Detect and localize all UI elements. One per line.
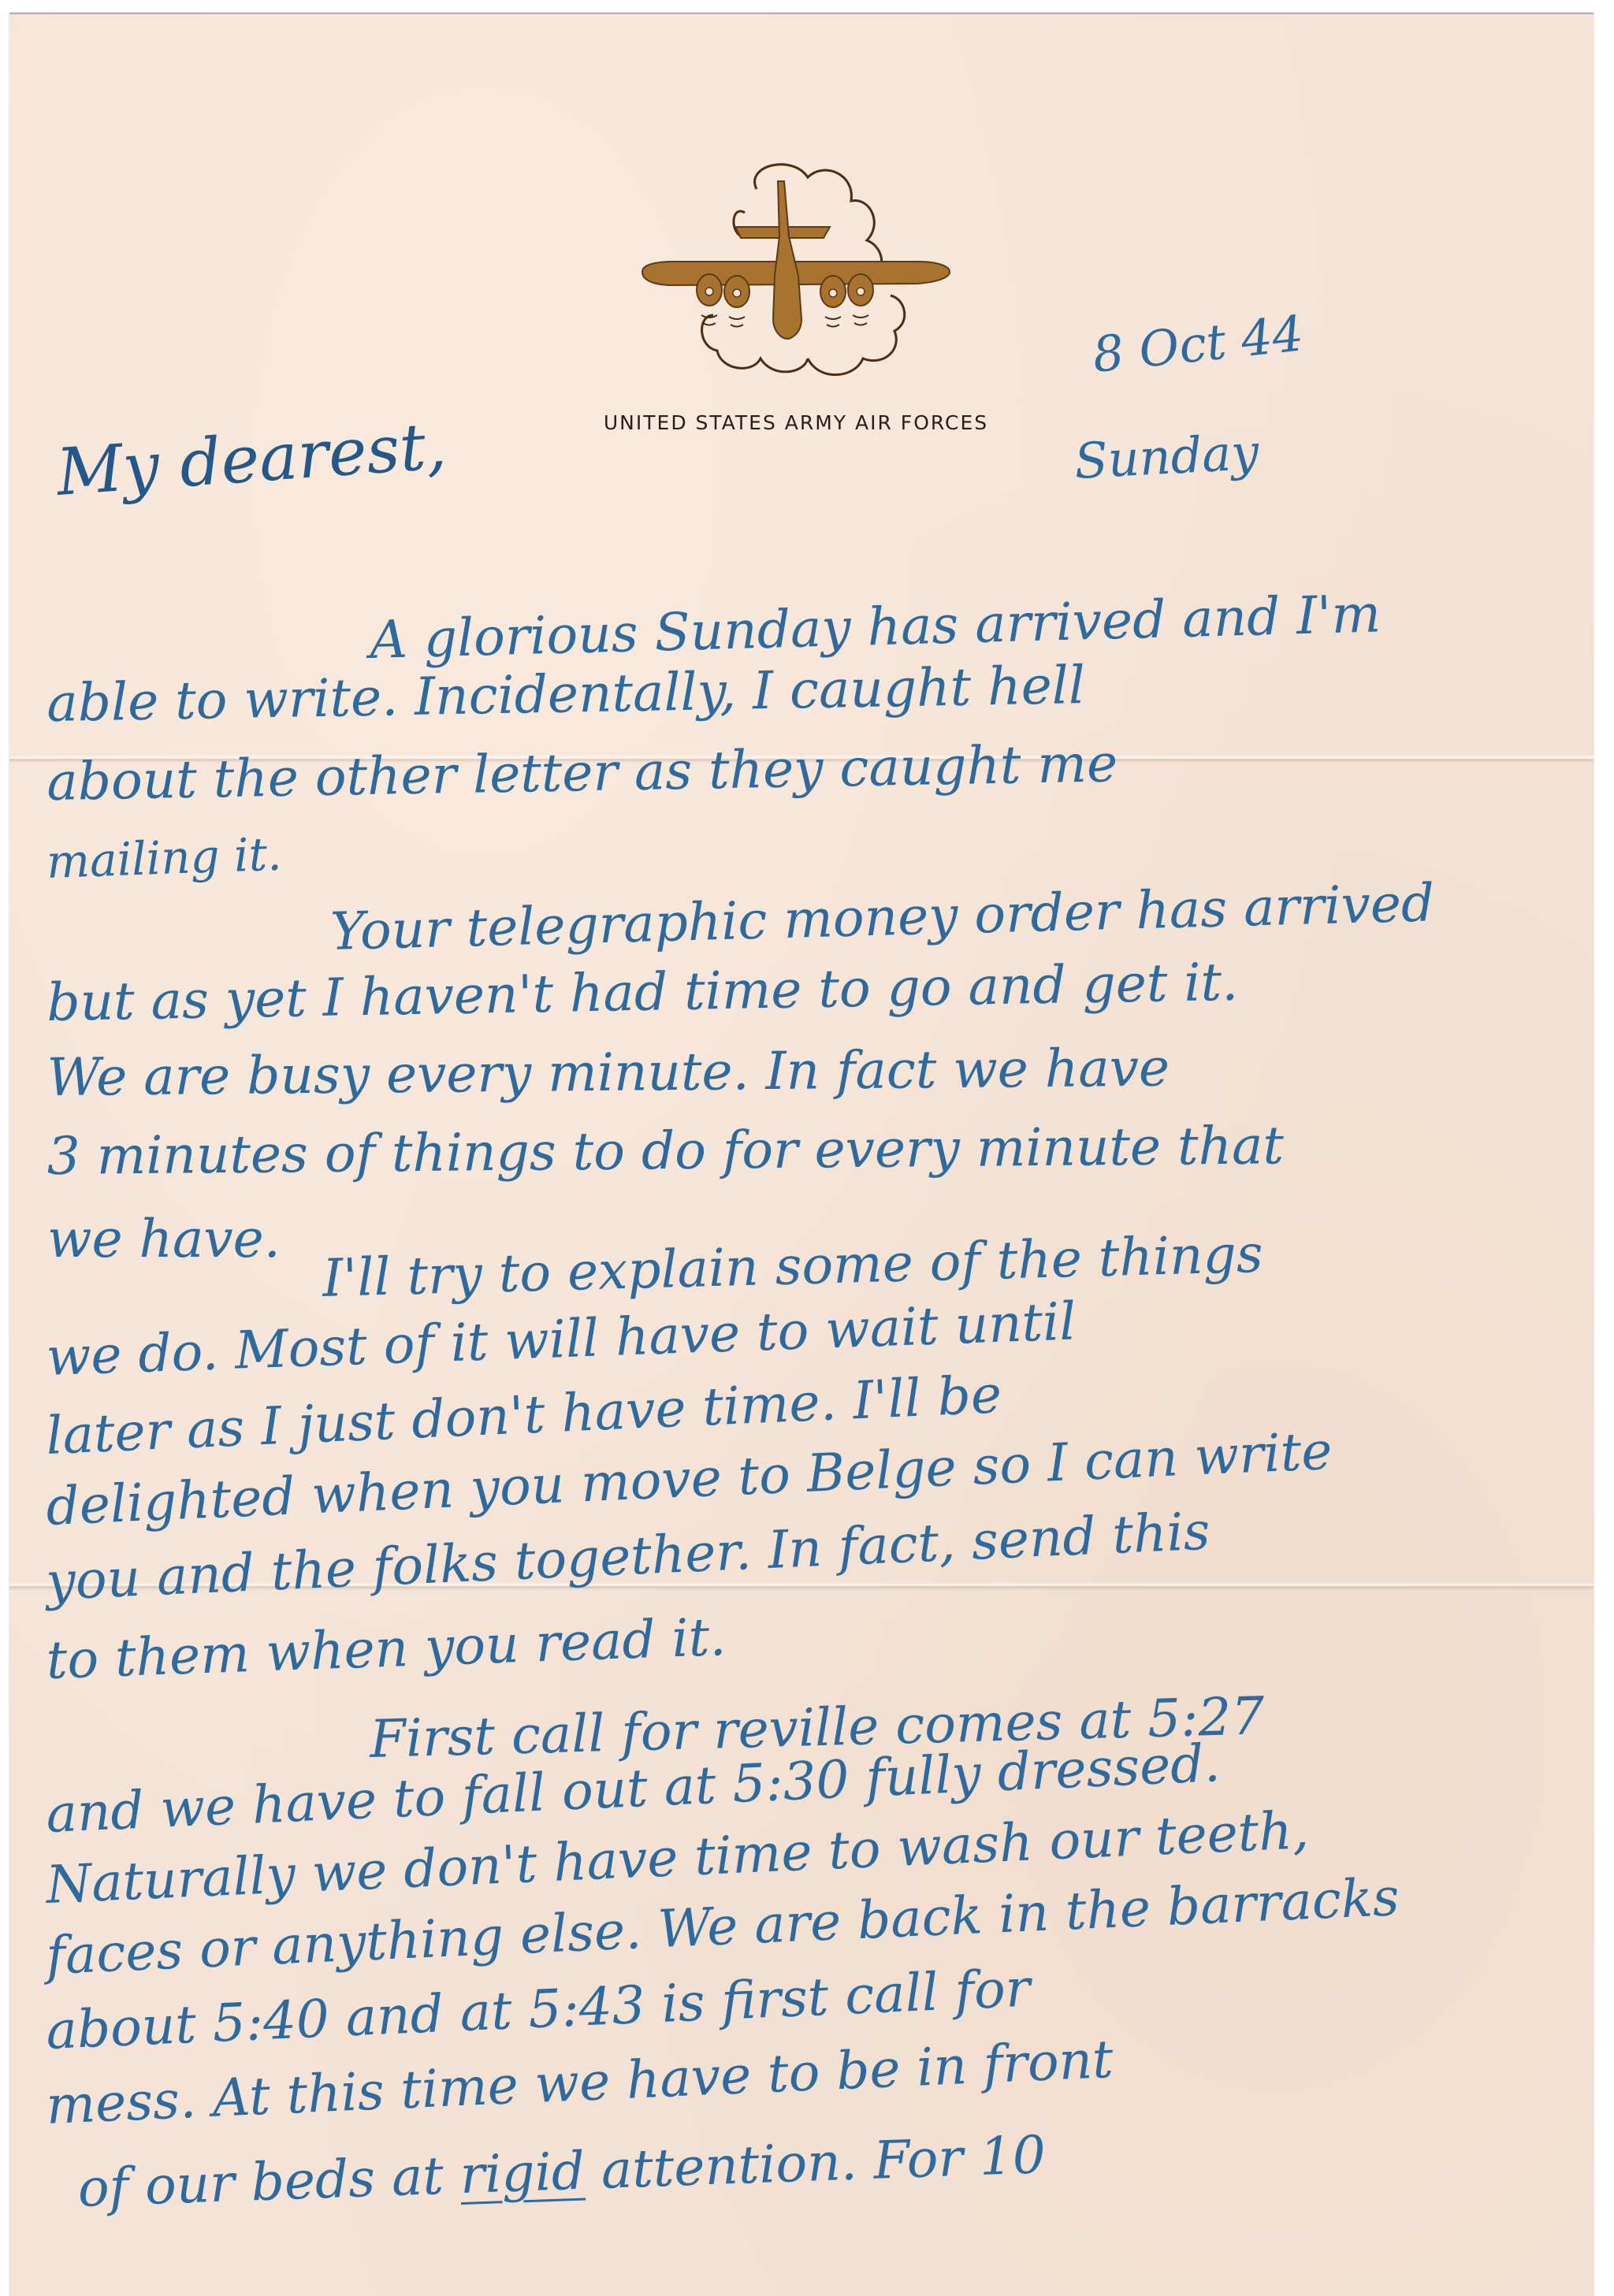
bomber-plane-icon	[627, 158, 965, 394]
letterhead-text: UNITED STATES ARMY AIR FORCES	[552, 411, 1040, 434]
underlined-word: rigid	[459, 2141, 586, 2205]
letter-line: we have.	[47, 1213, 281, 1265]
letterhead: UNITED STATES ARMY AIR FORCES	[552, 158, 1040, 441]
letter-line: mailing it.	[46, 831, 282, 885]
letter-line: We are busy every minute. In fact we hav…	[46, 1042, 1170, 1104]
letter-line-text: of our beds at	[76, 2146, 444, 2219]
letter-day: Sunday	[1073, 428, 1260, 486]
letter-line: 3 minutes of things to do for every minu…	[46, 1120, 1284, 1183]
